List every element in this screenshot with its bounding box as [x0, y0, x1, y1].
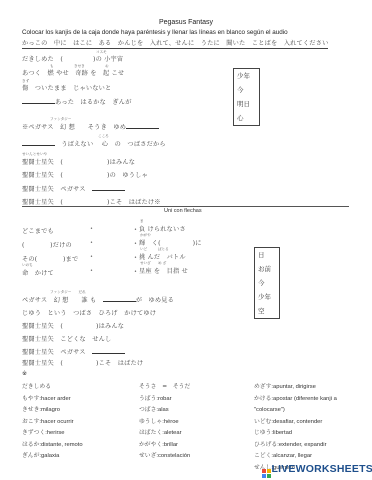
lyric-line-6: うばえない 心 の つばさだから	[22, 139, 166, 148]
match-dot-left[interactable]: •	[90, 268, 93, 274]
vocab-item: はばたく:aletear	[139, 428, 190, 440]
vocab-item: かがやく:brillar	[139, 440, 190, 452]
vocab-item: かける:apostar (diferente kanji a	[254, 394, 337, 406]
match-text: 輝 く( )に	[139, 240, 202, 247]
lyric-text: )の 小宇宙	[93, 56, 123, 63]
vocab-item: うばう:robar	[139, 394, 190, 406]
kanji-option[interactable]: 心	[234, 111, 259, 125]
vocab-item: そうさ = そうだ	[139, 382, 190, 394]
blank-line[interactable]	[103, 295, 136, 302]
vocab-item: いどむ:desafiar, contender	[254, 417, 337, 429]
vocab-item: もやす:hacer arder	[22, 394, 83, 406]
vocab-column-1: だきしめる もやす:hacer arder きせき:milagro おこす:ha…	[22, 382, 83, 463]
refrain-mark: ※	[22, 370, 27, 377]
lyric-line-15: 聖闘士星矢 ペガサス	[22, 347, 125, 356]
kanji-option[interactable]: 少年	[234, 69, 259, 83]
vocab-jp: かがやく	[139, 442, 162, 448]
vocab-es: :desafiar, contender	[271, 419, 322, 425]
match-right-4: • 星座 を 目指 せ	[134, 266, 188, 275]
lyric-line-7: 聖闘士星矢 ()はみんな	[22, 157, 135, 166]
vocab-jp: きずつく	[22, 430, 45, 436]
lyric-line-13: 聖闘士星矢 ()はみんな	[22, 321, 124, 330]
lyric-text: 聖闘士星矢 ペガサス	[22, 349, 86, 356]
vocab-jp: はばたく	[139, 430, 162, 436]
lyric-text: 聖闘士星矢 (	[22, 159, 63, 166]
vocab-es: :extender, expandir	[277, 442, 326, 448]
lyric-text: だきしめた (	[22, 56, 63, 63]
vocab-es: :aletear	[162, 430, 181, 436]
lyric-line-10: 聖闘士星矢 ()こそ はばたけ※	[22, 197, 161, 206]
vocab-item: ぎんが:galaxia	[22, 451, 83, 463]
vocab-item: だきしめる	[22, 382, 83, 394]
blank-line[interactable]	[92, 184, 125, 191]
lyric-text: 聖闘士星矢 (	[22, 323, 63, 330]
vocab-es: :héroe	[162, 419, 178, 425]
kanji-option[interactable]: お前	[255, 262, 279, 276]
lyric-line-16: 聖闘士星矢 ()こそ はばたけ	[22, 358, 143, 367]
vocab-es: "colocarse")	[254, 407, 285, 413]
lyric-text: 聖闘士星矢 ペガサス	[22, 186, 86, 193]
lyric-line-12: じゆう という つばさ ひろげ かけてゆけ	[22, 308, 156, 317]
kanji-option[interactable]: 少年	[255, 290, 279, 304]
lyric-text: ※ペガサス 幻 想 そうき ゆめ	[22, 124, 126, 131]
kanji-option[interactable]: 日	[255, 248, 279, 262]
match-dot-left[interactable]: •	[90, 226, 93, 232]
lyric-line-1: だきしめた ()の 小宇宙	[22, 54, 123, 63]
vocab-column-3: めざす:apuntar, dirigirse かける:apostar (dife…	[254, 382, 337, 474]
vocab-es: :constelación	[156, 453, 190, 459]
vocab-jp: めざす	[254, 384, 271, 390]
vocab-jp: かける	[254, 396, 271, 402]
vocab-es: :distante, remoto	[39, 442, 82, 448]
lyric-text: 聖闘士星矢 (	[22, 360, 63, 367]
match-right-1: • 負 けられないさ	[134, 224, 186, 233]
vocab-jp: はるか	[22, 442, 39, 448]
lyric-line-3: 傷 ついたまま じゃいないと	[22, 83, 111, 92]
section-title: Uni con flechas	[164, 208, 202, 214]
vocab-item: つばさ:alas	[139, 405, 190, 417]
vocab-es: :herirse	[45, 430, 64, 436]
match-dot-left[interactable]: •	[90, 254, 93, 260]
lyric-text: )こそ はばたけ※	[107, 199, 161, 206]
instruction-japanese: かっこの 中に はこに ある かんじを 入れて、せんに うたに 聞いた ことばを…	[22, 38, 328, 49]
liveworksheets-logo-icon	[262, 469, 271, 478]
lyric-text: )の ゆうしゃ	[107, 172, 148, 179]
vocab-jp: せいざ	[139, 453, 156, 459]
vocab-es: :robar	[156, 396, 171, 402]
match-text: 星座 を 目指 せ	[139, 268, 188, 275]
kanji-option[interactable]: 明日	[234, 97, 259, 111]
logo-text: LIVEWORKSHEETS	[272, 463, 372, 475]
vocab-es: :milagro	[39, 407, 60, 413]
vocab-jp: じゆう	[254, 430, 271, 436]
vocab-es: :apostar (diferente kanji a	[271, 396, 336, 402]
lyric-text: 聖闘士星矢 (	[22, 172, 63, 179]
lyric-text: )はみんな	[107, 159, 135, 166]
blank-line[interactable]	[92, 347, 125, 354]
vocab-item: ゆうしゃ:héroe	[139, 417, 190, 429]
worksheet-title: Pegasus Fantasy	[0, 19, 372, 26]
vocab-jp: ゆうしゃ	[139, 419, 162, 425]
vocab-item: せいざ:constelación	[139, 451, 190, 463]
vocab-jp: だきしめる	[22, 384, 51, 390]
lyric-line-14: 聖闘士星矢 こどくな せんし	[22, 334, 111, 343]
lyric-text: ペガサス 幻 想 誰 も	[22, 297, 96, 304]
kanji-option[interactable]: 今	[255, 276, 279, 290]
vocab-item: ひろげる:extender, expandir	[254, 440, 337, 452]
match-dot-left[interactable]: •	[90, 240, 93, 246]
vocab-es: :brillar	[162, 442, 178, 448]
vocab-es: :hacer ocurrir	[39, 419, 73, 425]
kanji-option[interactable]: 空	[255, 304, 279, 318]
lyric-line-8: 聖闘士星矢 ()の ゆうしゃ	[22, 170, 148, 179]
match-left-3: その( )まで	[22, 254, 78, 263]
match-right-2: • 輝 く( )に	[134, 238, 202, 247]
lyric-line-2: あつく 燃 やせ 奇跡 を 起 こせ	[22, 68, 124, 77]
vocab-es: :galaxia	[39, 453, 59, 459]
vocab-jp: いどむ	[254, 419, 271, 425]
kanji-box-1: 少年 今 明日 心	[233, 68, 260, 126]
blank-line[interactable]	[22, 139, 55, 146]
lyric-text: )こそ はばたけ	[96, 360, 143, 367]
match-text: 負 けられないさ	[139, 226, 186, 233]
kanji-box-2: 日 お前 今 少年 空	[254, 247, 280, 319]
vocab-item: おこす:hacer ocurrir	[22, 417, 83, 429]
vocab-jp: こどく	[254, 453, 271, 459]
lyric-text: が ゆめ見る	[136, 297, 174, 304]
lyric-text: 聖闘士星矢 (	[22, 199, 63, 206]
lyric-text: あった はるかな ぎんが	[55, 99, 132, 106]
vocab-es: :libertad	[271, 430, 292, 436]
match-right-3: • 挑 んだ バトル	[134, 252, 186, 261]
blank-line[interactable]	[22, 97, 55, 104]
vocab-jp: おこす	[22, 419, 39, 425]
vocab-es: :hacer arder	[39, 396, 70, 402]
match-text: 挑 んだ バトル	[139, 254, 186, 261]
match-left-2: ( )だけの	[22, 240, 72, 249]
vocab-item: めざす:apuntar, dirigirse	[254, 382, 337, 394]
match-left-4: 命 かけて	[22, 268, 54, 277]
lyric-text: うばえない 心 の つばさだから	[61, 141, 165, 148]
vocab-jp: つばさ	[139, 407, 156, 413]
vocab-item: "colocarse")	[254, 405, 337, 417]
instruction-text: Colocar los kanjis de la caja donde haya…	[22, 29, 288, 36]
vocab-item: じゆう:libertad	[254, 428, 337, 440]
lyric-text: )はみんな	[96, 323, 124, 330]
vocab-item: きせき:milagro	[22, 405, 83, 417]
vocab-jp: もやす	[22, 396, 39, 402]
vocab-jp: ぎんが	[22, 453, 39, 459]
vocab-es: :alcanzar, llegar	[271, 453, 312, 459]
lyric-line-4: あった はるかな ぎんが	[22, 97, 132, 106]
vocab-es: :alas	[156, 407, 168, 413]
lyric-line-9: 聖闘士星矢 ペガサス	[22, 184, 125, 193]
vocab-column-2: そうさ = そうだ うばう:robar つばさ:alas ゆうしゃ:héroe …	[139, 382, 190, 463]
lyric-line-5: ※ペガサス 幻 想 そうき ゆめ	[22, 122, 159, 131]
vocab-item: きずつく:herirse	[22, 428, 83, 440]
vocab-jp: ひろげる	[254, 442, 277, 448]
vocab-item: こどく:alcanzar, llegar	[254, 451, 337, 463]
vocab-item: はるか:distante, remoto	[22, 440, 83, 452]
vocab-es: :apuntar, dirigirse	[271, 384, 315, 390]
liveworksheets-logo[interactable]: LIVEWORKSHEETS	[262, 463, 372, 478]
blank-line[interactable]	[126, 122, 159, 129]
vocab-jp: そうさ = そうだ	[139, 384, 190, 390]
vocab-jp: うばう	[139, 396, 156, 402]
section-divider	[22, 206, 349, 207]
lyric-line-11: ペガサス 幻 想 誰 も が ゆめ見る	[22, 295, 174, 304]
vocab-jp: きせき	[22, 407, 39, 413]
kanji-option[interactable]: 今	[234, 83, 259, 97]
match-left-1: どこまでも	[22, 226, 54, 235]
